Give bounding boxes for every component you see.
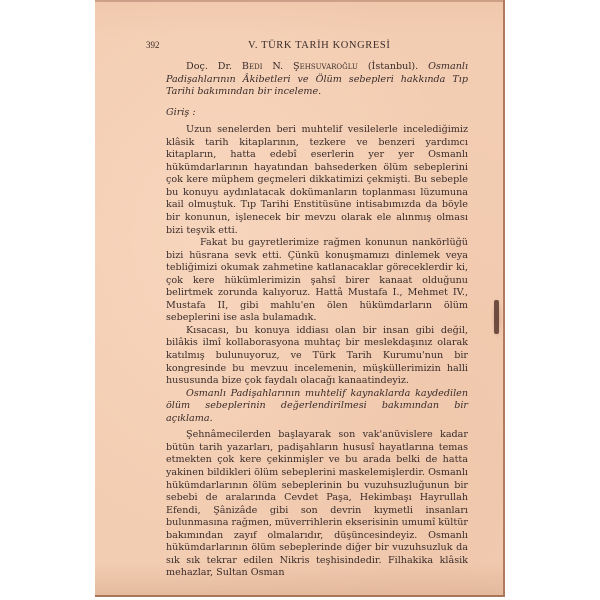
author-name: Bedi N. Şehsuvaroğlu [242,61,358,72]
paragraph-2: Fakat bu gayretlerimize rağmen konunun n… [166,237,468,325]
page-number: 392 [146,40,160,50]
section-heading: Giriş : [166,107,468,120]
author-location: (İstanbul). [358,61,428,72]
paragraph-1: Uzun senelerden beri muhtelif vesilelerl… [166,124,468,237]
subheading: Osmanlı Padişahlarının muhtelif kaynakla… [166,388,468,426]
paragraph-4: Şehnâmecilerden başlayarak son vak'anüvi… [166,429,468,580]
paragraph-3: Kısacası, bu konuya iddiası olan bir ins… [166,325,468,388]
title-block: Doç. Dr. Bedi N. Şehsuvaroğlu (İstanbul)… [166,61,468,99]
author-prefix: Doç. Dr. [186,61,242,72]
running-head-title: V. TÜRK TARİH KONGRESİ [248,40,390,51]
article-body: Doç. Dr. Bedi N. Şehsuvaroğlu (İstanbul)… [166,61,468,580]
page-edge-stain [494,300,499,334]
